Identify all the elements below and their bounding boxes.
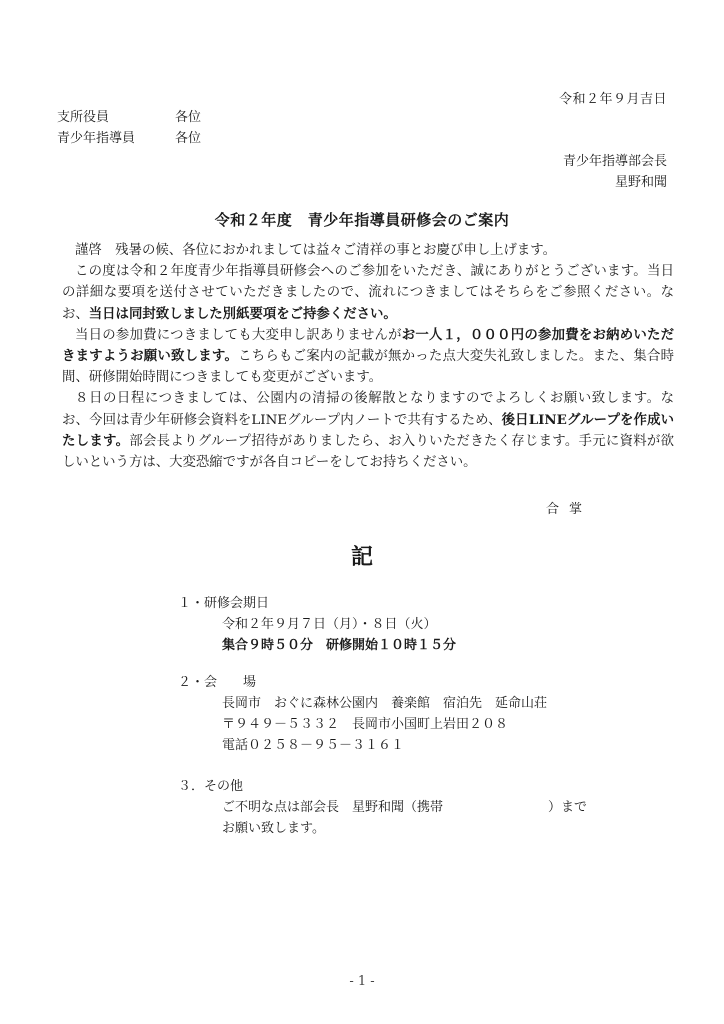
letter-body: 謹啓 残暑の候、各位におかれましては益々ご清祥の事とお慶び申し上げます。 この度…	[62, 240, 674, 473]
fee-text: 当日の参加費につきましても大変申し訳ありませんが	[75, 328, 402, 343]
addressee-honorific: 各位	[175, 110, 201, 125]
closing-salutation: 合掌	[546, 498, 592, 517]
paragraph-greeting: 謹啓 残暑の候、各位におかれましては益々ご清祥の事とお慶び申し上げます。	[62, 240, 674, 261]
document-date: 令和２年９月吉日	[559, 88, 667, 107]
sender-title: 青少年指導部会長	[563, 150, 667, 169]
section-heading: ３．その他	[178, 776, 587, 797]
greeting-text: 謹啓 残暑の候、各位におかれましては益々ご清祥の事とお慶び申し上げます。	[75, 243, 556, 258]
paragraph-thanks: この度は令和２年度青少年指導員研修会へのご参加をいただき、誠にありがとうございま…	[62, 261, 674, 325]
addressee-role: 青少年指導員	[57, 127, 175, 146]
paragraph-fee: 当日の参加費につきましても大変申し訳ありませんがお一人１，０００円の参加費をお納…	[62, 325, 674, 389]
contact-request: お願い致します。	[178, 818, 587, 839]
sender-name: 星野和聞	[615, 171, 667, 190]
page-number: - 1 -	[0, 974, 724, 989]
venue-name: 長岡市 おぐに森林公園内 養楽館 宿泊先 延命山荘	[178, 693, 547, 714]
section-heading: １・研修会期日	[178, 593, 456, 614]
section-heading: ２・会 場	[178, 672, 547, 693]
document-title: 令和２年度 青少年指導員研修会のご案内	[0, 209, 724, 230]
ki-heading: 記	[0, 540, 724, 571]
venue-address: 〒９４９－５３３２ 長岡市小国町上岩田２０８	[178, 714, 547, 735]
section-other: ３．その他 ご不明な点は部会長 星野和聞（携帯）まで お願い致します。	[178, 776, 587, 839]
contact-line: ご不明な点は部会長 星野和聞（携帯）まで	[178, 797, 587, 818]
section-venue: ２・会 場 長岡市 おぐに森林公園内 養楽館 宿泊先 延命山荘 〒９４９－５３３…	[178, 672, 547, 756]
addressee-officers: 支所役員各位	[57, 106, 201, 125]
bring-materials-notice: 当日は同封致しました別紙要項をご持参ください。	[89, 306, 397, 322]
section-date: １・研修会期日 令和２年９月７日（月）・８日（火） 集合９時５０分 研修開始１０…	[178, 593, 456, 656]
schedule-text-cont: 部会長よりグループ招待がありましたら、お入りいただきたく存じます。手元に資料が欲…	[62, 434, 674, 470]
contact-text-end: ）まで	[548, 800, 587, 815]
contact-text: ご不明な点は部会長 星野和聞（携帯	[222, 800, 443, 815]
venue-phone: 電話０２５８－９５－３１６１	[178, 735, 547, 756]
event-dates: 令和２年９月７日（月）・８日（火）	[178, 614, 456, 635]
paragraph-schedule: ８日の日程につきましては、公園内の清掃の後解散となりますのでよろしくお願い致しま…	[62, 388, 674, 473]
addressee-youth-leaders: 青少年指導員各位	[57, 127, 201, 146]
event-times: 集合９時５０分 研修開始１０時１５分	[178, 635, 456, 656]
addressee-role: 支所役員	[57, 106, 175, 125]
addressee-honorific: 各位	[175, 131, 201, 146]
